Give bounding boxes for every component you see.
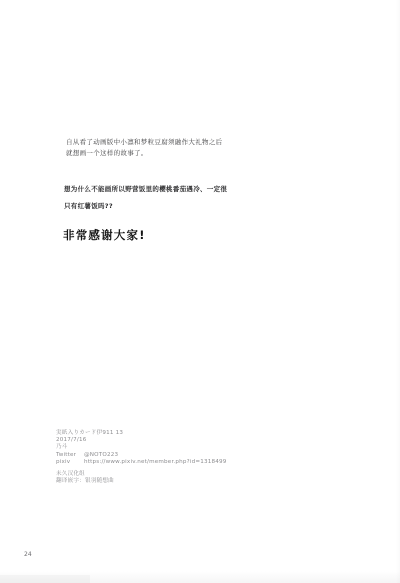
- scanlation-credit: 翻译嵌字：银羽随想曲: [56, 478, 227, 485]
- pixiv-row: pixiv https://www.pixiv.net/member.php?i…: [56, 459, 227, 466]
- twitter-handle: @NOTO223: [84, 452, 118, 458]
- afterword-paragraph-2-line-1: 想为什么不能画所以野营饭里的樱桃番茄遇冷、一定很: [64, 181, 227, 198]
- scan-edge-corner: [0, 575, 90, 583]
- twitter-row: Twitter @NOTO223: [56, 452, 227, 459]
- afterword-paragraph-1-line-1: 自从看了动画版中小凛和梦粒豆腐须融作大礼物之后: [66, 137, 222, 148]
- afterword-paragraph-1-line-2: 就想画一个这样的故事了。: [66, 148, 222, 159]
- twitter-label: Twitter: [56, 452, 82, 459]
- scanned-afterword-page: 自从看了动画版中小凛和梦粒豆腐须融作大礼物之后 就想画一个这样的故事了。 想为什…: [0, 0, 400, 583]
- colophon-title: 実紙入りカード伊911 13: [56, 430, 227, 437]
- afterword-paragraph-1: 自从看了动画版中小凛和梦粒豆腐须融作大礼物之后 就想画一个这样的故事了。: [66, 137, 222, 158]
- pixiv-label: pixiv: [56, 459, 82, 466]
- colophon-block: 実紙入りカード伊911 13 2017/7/16 乃斗 Twitter @NOT…: [56, 430, 227, 485]
- scan-edge-right: [396, 0, 400, 583]
- afterword-paragraph-2: 想为什么不能画所以野营饭里的樱桃番茄遇冷、一定很 只有红薯饭吗??: [64, 181, 227, 214]
- page-number: 24: [24, 551, 32, 558]
- artist-name: 乃斗: [56, 444, 227, 451]
- colophon-date: 2017/7/16: [56, 437, 227, 444]
- afterword-paragraph-2-line-2: 只有红薯饭吗??: [64, 198, 227, 215]
- pixiv-url: https://www.pixiv.net/member.php?id=1318…: [84, 459, 227, 465]
- thanks-heading: 非常感谢大家!: [63, 227, 146, 243]
